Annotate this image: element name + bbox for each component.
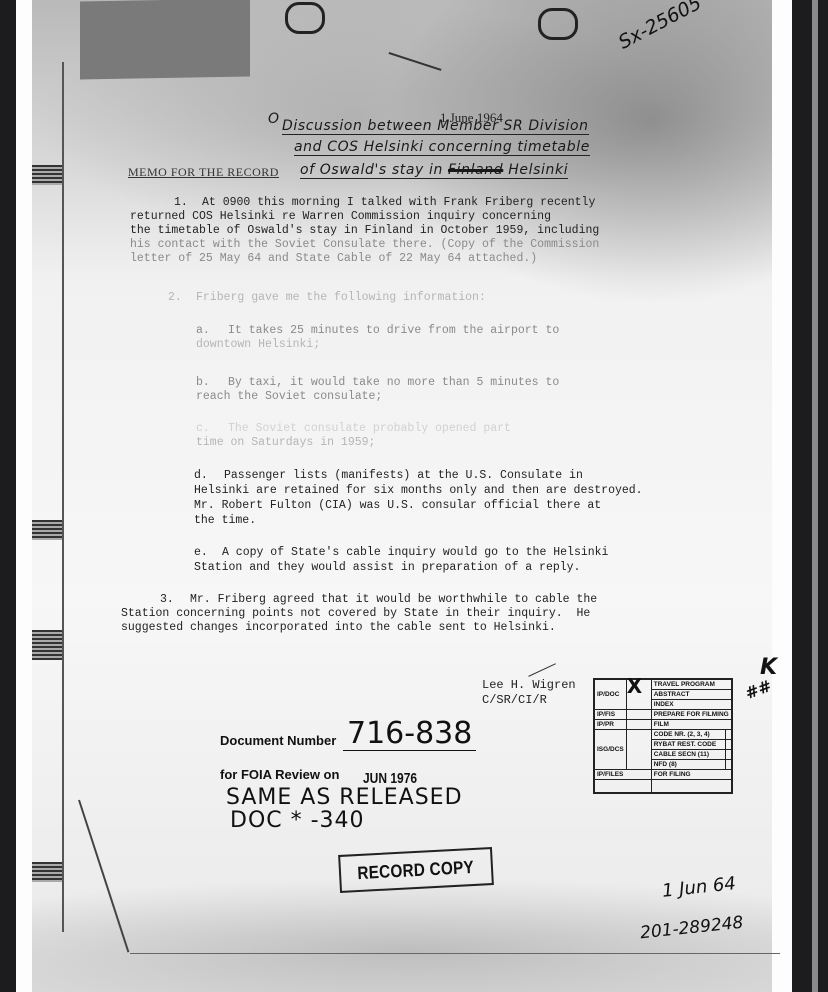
signature-block: Lee H. Wigren C/SR/CI/R	[482, 678, 576, 708]
record-copy-stamp: RECORD COPY	[338, 847, 494, 893]
released-doc-ref: DOC * -340	[230, 808, 365, 833]
item-d-line: the time.	[194, 514, 256, 529]
routing-item: TRAVEL PROGRAM	[651, 679, 732, 690]
routing-group: IP/PR	[594, 720, 626, 730]
routing-group: IP/FILES	[594, 770, 651, 780]
handwritten-initial: K	[760, 655, 777, 680]
routing-item: ABSTRACT	[651, 690, 732, 700]
subject-marker: O	[268, 111, 279, 127]
scan-artifact	[32, 862, 62, 882]
routing-group: IP/DOC	[594, 679, 626, 710]
paragraph-1-line: letter of 25 May 64 and State Cable of 2…	[130, 252, 537, 267]
x-check-icon: X	[627, 674, 642, 698]
paragraph-2-intro: Friberg gave me the following informatio…	[196, 291, 486, 306]
item-d-line: Passenger lists (manifests) at the U.S. …	[224, 469, 583, 484]
item-a-line: It takes 25 minutes to drive from the ai…	[228, 324, 559, 339]
routing-item: RYBAT REST. CODE	[651, 740, 726, 750]
item-d-line: Helsinki are retained for six months onl…	[194, 484, 643, 499]
item-e-letter: e.	[194, 546, 208, 561]
subject-line-3: of Oswald's stay in Finland Helsinki	[300, 162, 568, 179]
signer-office: C/SR/CI/R	[482, 693, 547, 707]
item-e-line: Station and they would assist in prepara…	[194, 561, 580, 576]
item-b-line: reach the Soviet consulate;	[196, 390, 382, 405]
subject-line-1: Discussion between Member SR Division	[282, 118, 589, 135]
struck-word: Finland	[448, 162, 503, 178]
foia-review-label: for FOIA Review on	[220, 767, 339, 782]
routing-group: ISG/DCS	[594, 730, 626, 770]
paragraph-3-line: Station concerning points not covered by…	[121, 607, 590, 622]
scan-artifact	[32, 165, 62, 185]
doc-number-label: Document Number	[220, 733, 336, 748]
subject-line-2: and COS Helsinki concerning timetable	[294, 139, 590, 156]
margin-edge-line	[62, 62, 64, 932]
item-c-line: The Soviet consulate probably opened par…	[228, 422, 511, 437]
scan-artifact	[32, 630, 62, 660]
paragraph-1-line: returned COS Helsinki re Warren Commissi…	[130, 210, 551, 225]
routing-group: IP/FIS	[594, 710, 626, 720]
item-c-letter: c.	[196, 422, 210, 437]
paragraph-3-number: 3.	[160, 593, 174, 608]
routing-item: CABLE SECN (11)	[651, 750, 726, 760]
item-b-letter: b.	[196, 376, 210, 391]
paragraph-3-line: Mr. Friberg agreed that it would be wort…	[190, 593, 597, 608]
item-d-letter: d.	[194, 469, 208, 484]
routing-item: FILM	[651, 720, 732, 730]
item-b-line: By taxi, it would take no more than 5 mi…	[228, 376, 559, 391]
paragraph-1-line: the timetable of Oswald's stay in Finlan…	[130, 224, 599, 239]
paragraph-2-number: 2.	[168, 291, 182, 306]
item-d-line: Mr. Robert Fulton (CIA) was U.S. consula…	[194, 499, 601, 514]
signer-name: Lee H. Wigren	[482, 678, 576, 692]
routing-item: CODE NR. (2, 3, 4)	[651, 730, 726, 740]
page-edge-line	[130, 953, 780, 954]
item-a-letter: a.	[196, 324, 210, 339]
item-a-line: downtown Helsinki;	[196, 338, 320, 353]
paragraph-3-line: suggested changes incorporated into the …	[121, 621, 556, 636]
routing-item: INDEX	[651, 700, 732, 710]
routing-table: IP/DOC X TRAVEL PROGRAM ABSTRACT INDEX I…	[593, 678, 733, 794]
item-c-line: time on Saturdays in 1959;	[196, 436, 375, 451]
routing-check-cell: X	[626, 679, 651, 710]
routing-item: FOR FILING	[651, 770, 732, 780]
doc-number-value: 716-838	[343, 718, 476, 751]
punch-hole-icon	[538, 8, 578, 40]
scan-artifact	[32, 520, 62, 540]
punch-hole-icon	[285, 2, 325, 34]
viewer-scrollbar[interactable]	[808, 0, 828, 992]
same-as-released: SAME AS RELEASED	[226, 785, 463, 810]
attached-slip-shadow	[80, 0, 250, 79]
paragraph-1-number: 1.	[174, 196, 188, 211]
routing-item: NFD (8)	[651, 760, 726, 770]
paragraph-1-line: his contact with the Soviet Consulate th…	[130, 238, 599, 253]
item-e-line: A copy of State's cable inquiry would go…	[222, 546, 608, 561]
memo-label: MEMO FOR THE RECORD	[128, 165, 279, 180]
paragraph-1-line: At 0900 this morning I talked with Frank…	[202, 196, 595, 211]
routing-item: PREPARE FOR FILMING	[651, 710, 732, 720]
